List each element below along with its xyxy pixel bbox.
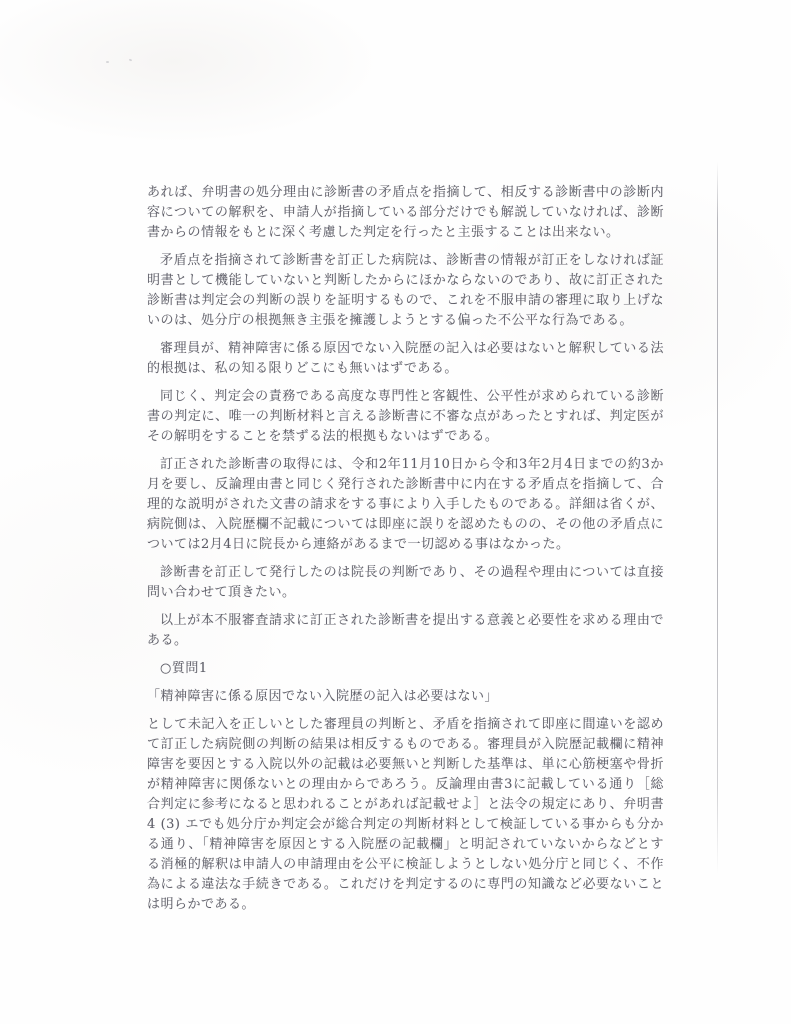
paragraph-certificate-acquisition: 訂正された診断書の取得には、令和2年11月10日から令和3年2月4日までの約3か… (147, 455, 664, 555)
question-1-heading: ○質問1 (147, 659, 664, 679)
paragraph-panel-duty: 同じく、判定会の責務である高度な専門性と客観性、公平性が求められている診断書の判… (147, 387, 664, 447)
scan-speck (129, 58, 133, 61)
paragraph-director-decision: 診断書を訂正して発行したのは院長の判断であり、その過程や理由については直接問い合… (147, 563, 664, 603)
scan-speck (106, 61, 109, 63)
scan-page-edge-line (717, 162, 718, 874)
quoted-statement: 「精神障害に係る原因でない入院歴の記入は必要はない」 (147, 687, 664, 707)
paragraph-conclusion: 以上が本不服審査請求に訂正された診断書を提出する意義と必要性を求める理由である。 (147, 611, 664, 651)
scanned-document-page: あれば、弁明書の処分理由に診断書の矛盾点を指摘して、相反する診断書中の診断内容に… (0, 0, 791, 1024)
paragraph-question-1-body: として未記入を正しいとした審理員の判断と、矛盾を指摘されて即座に間違いを認めて訂… (147, 715, 664, 915)
paragraph-examiner-interpretation: 審理員が、精神障害に係る原因でない入院歴の記入は必要はないと解釈している法的根拠… (147, 339, 664, 379)
paragraph-hospital-correction: 矛盾点を指摘されて診断書を訂正した病院は、診断書の情報が訂正をしなければ証明書と… (147, 251, 664, 331)
paragraph-continuation: あれば、弁明書の処分理由に診断書の矛盾点を指摘して、相反する診断書中の診断内容に… (147, 183, 664, 243)
document-body-text: あれば、弁明書の処分理由に診断書の矛盾点を指摘して、相反する診断書中の診断内容に… (147, 183, 664, 923)
